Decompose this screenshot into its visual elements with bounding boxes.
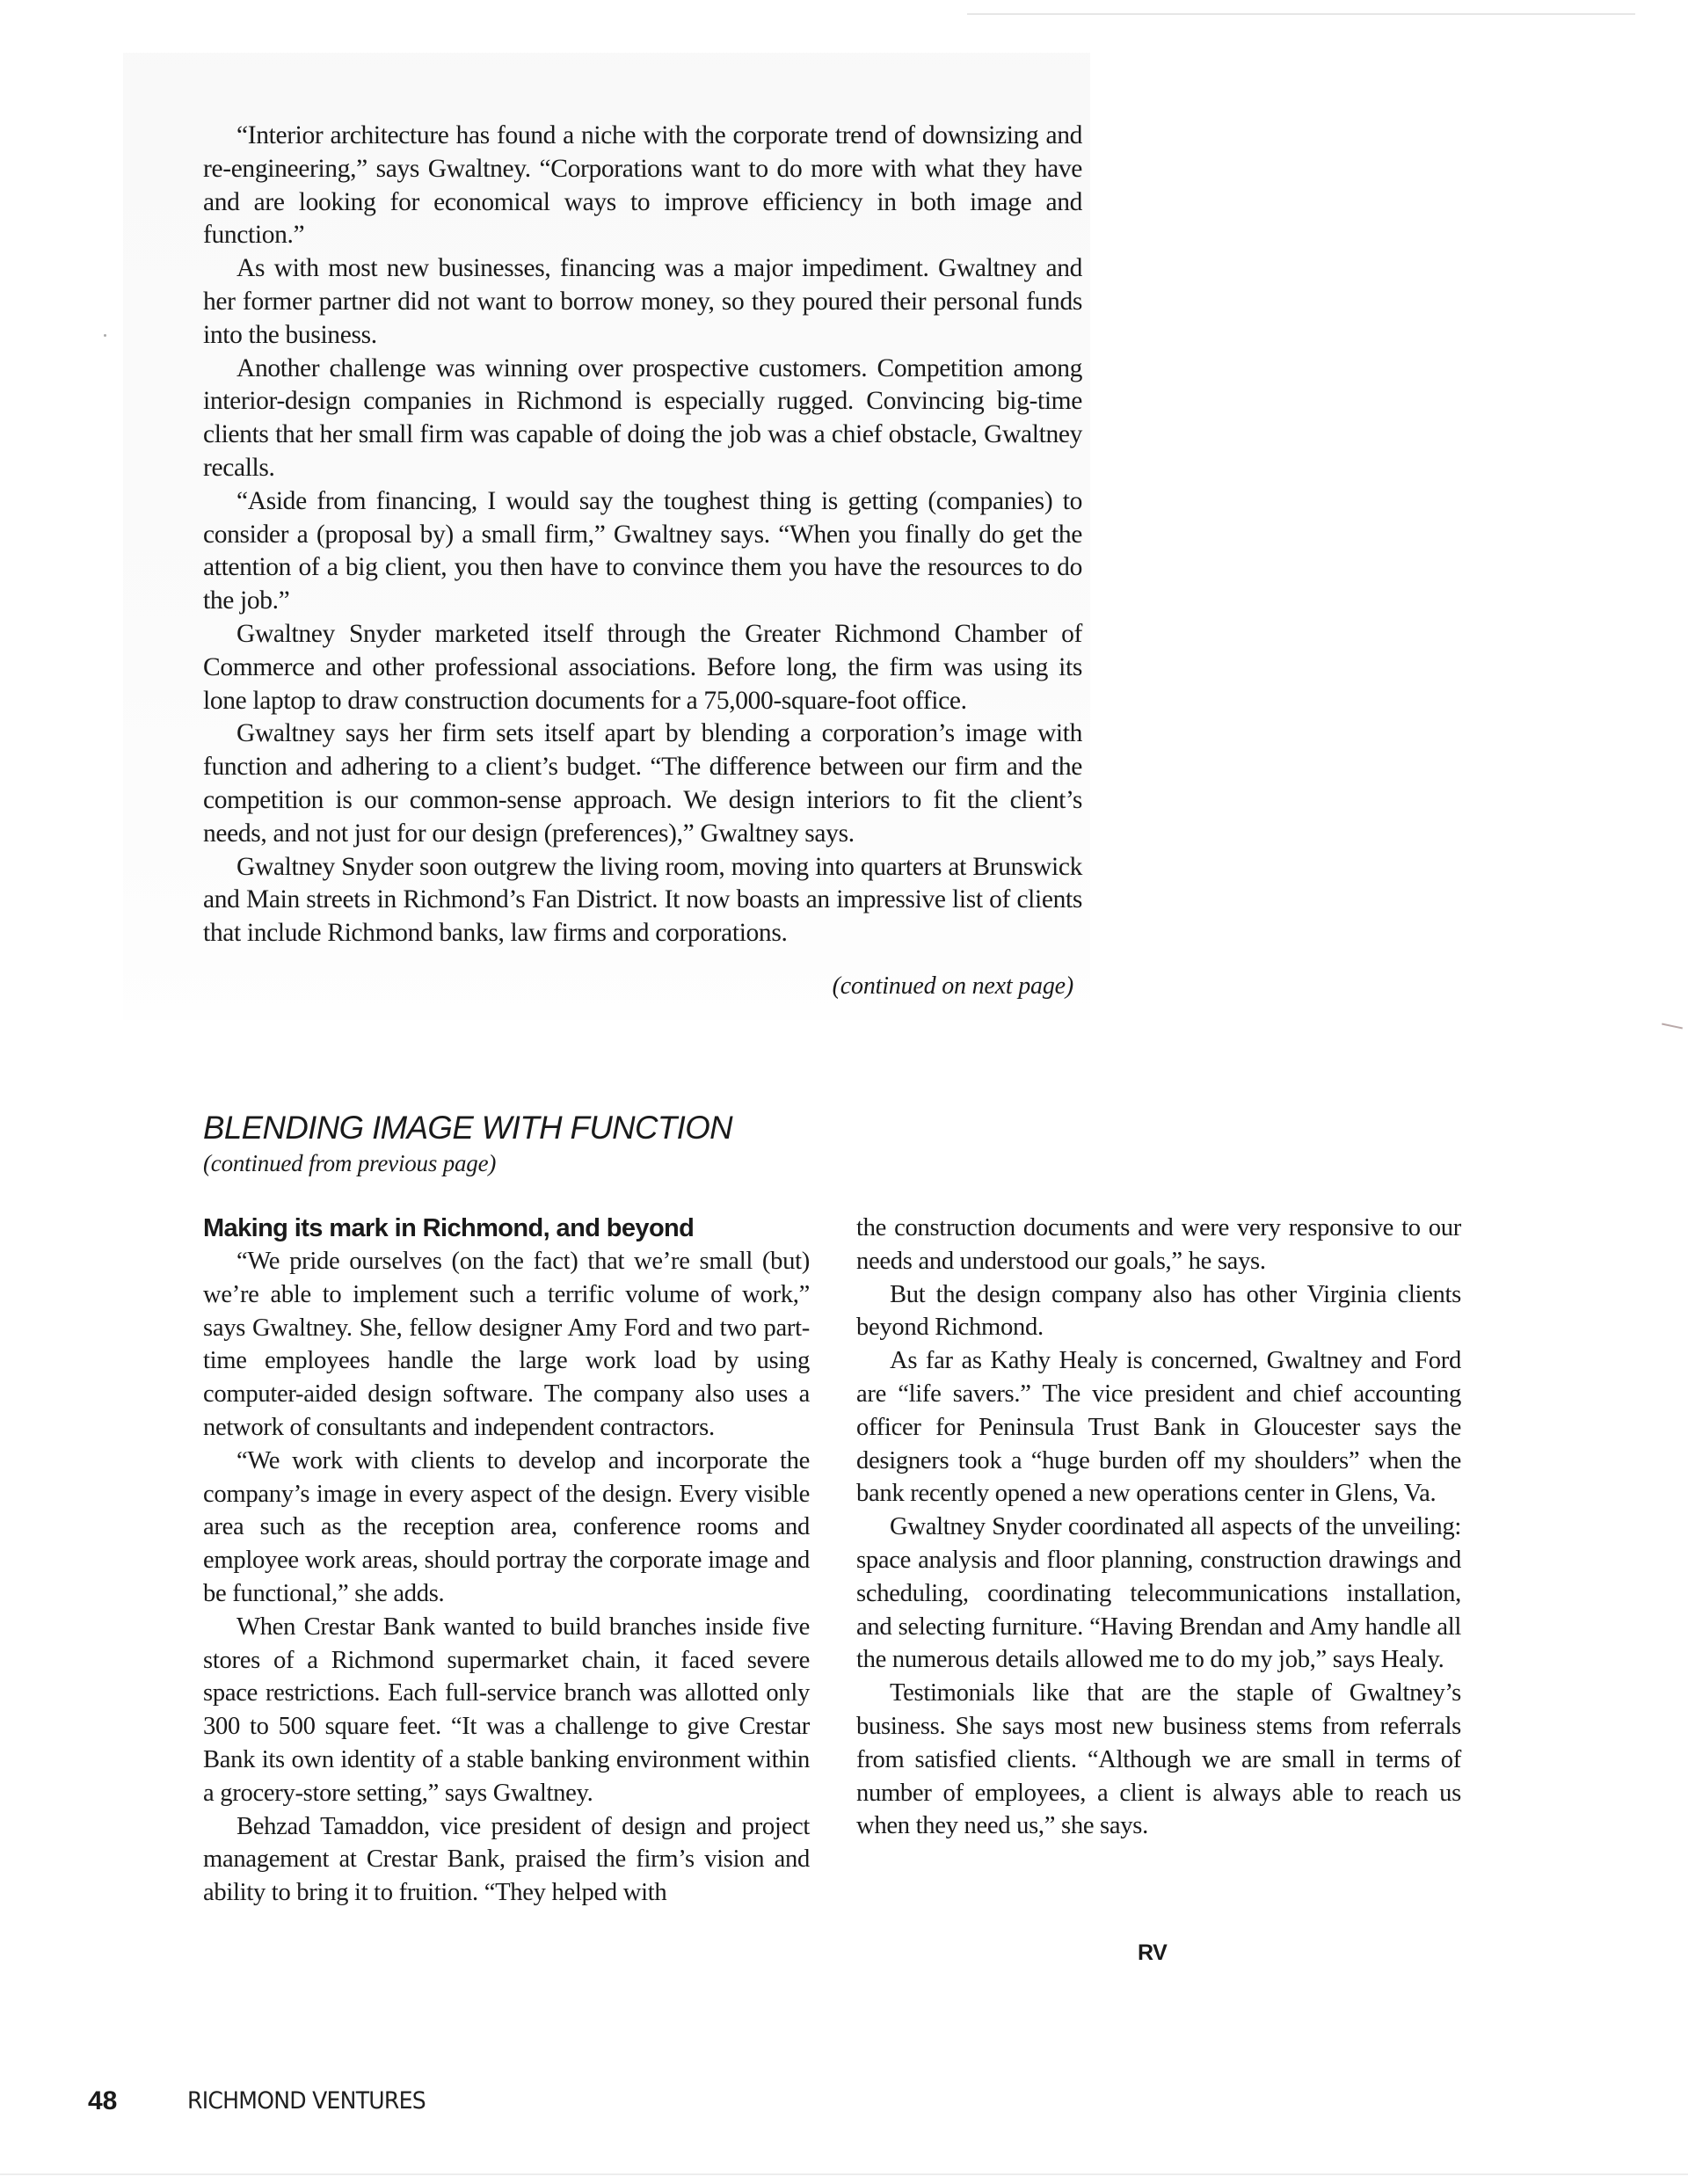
paragraph: Gwaltney Snyder coordinated all aspects … <box>856 1511 1461 1677</box>
paragraph: Testimonials like that are the staple of… <box>856 1677 1461 1843</box>
paragraph: “We work with clients to develop and inc… <box>203 1445 810 1611</box>
article-column-right: the construction documents and were very… <box>856 1212 1461 1843</box>
paragraph: As far as Kathy Healy is concerned, Gwal… <box>856 1344 1461 1511</box>
scan-artifact-dot <box>104 334 106 337</box>
article-title: BLENDING IMAGE WITH FUNCTION <box>203 1110 732 1147</box>
continued-from-previous-note: (continued from previous page) <box>203 1150 496 1177</box>
paragraph: “We pride ourselves (on the fact) that w… <box>203 1245 810 1445</box>
continued-on-next-page-note: (continued on next page) <box>203 972 1073 1001</box>
paragraph: Gwaltney Snyder marketed itself through … <box>203 618 1082 717</box>
scan-edge-top <box>967 13 1635 15</box>
end-of-article-mark: RV <box>1138 1940 1167 1966</box>
paragraph: As with most new businesses, financing w… <box>203 252 1082 352</box>
paragraph: Behzad Tamaddon, vice president of desig… <box>203 1810 810 1910</box>
article-column-left: Making its mark in Richmond, and beyond … <box>203 1212 810 1910</box>
paragraph: “Interior architecture has found a niche… <box>203 120 1082 252</box>
paragraph: Gwaltney Snyder soon outgrew the living … <box>203 851 1082 950</box>
paragraph: But the design company also has other Vi… <box>856 1278 1461 1345</box>
scan-edge-bottom <box>0 2173 1688 2175</box>
paragraph: Another challenge was winning over prosp… <box>203 353 1082 485</box>
scan-artifact <box>1662 1023 1683 1030</box>
paragraph: When Crestar Bank wanted to build branch… <box>203 1611 810 1810</box>
subheading: Making its mark in Richmond, and beyond <box>203 1212 810 1245</box>
article-top-section: “Interior architecture has found a niche… <box>203 120 1082 950</box>
paragraph: “Aside from financing, I would say the t… <box>203 485 1082 618</box>
page-number: 48 <box>88 2086 117 2116</box>
paragraph-continuation: the construction documents and were very… <box>856 1212 1461 1278</box>
publication-name: RICHMOND VENTURES <box>187 2087 426 2115</box>
paragraph: Gwaltney says her firm sets itself apart… <box>203 717 1082 850</box>
